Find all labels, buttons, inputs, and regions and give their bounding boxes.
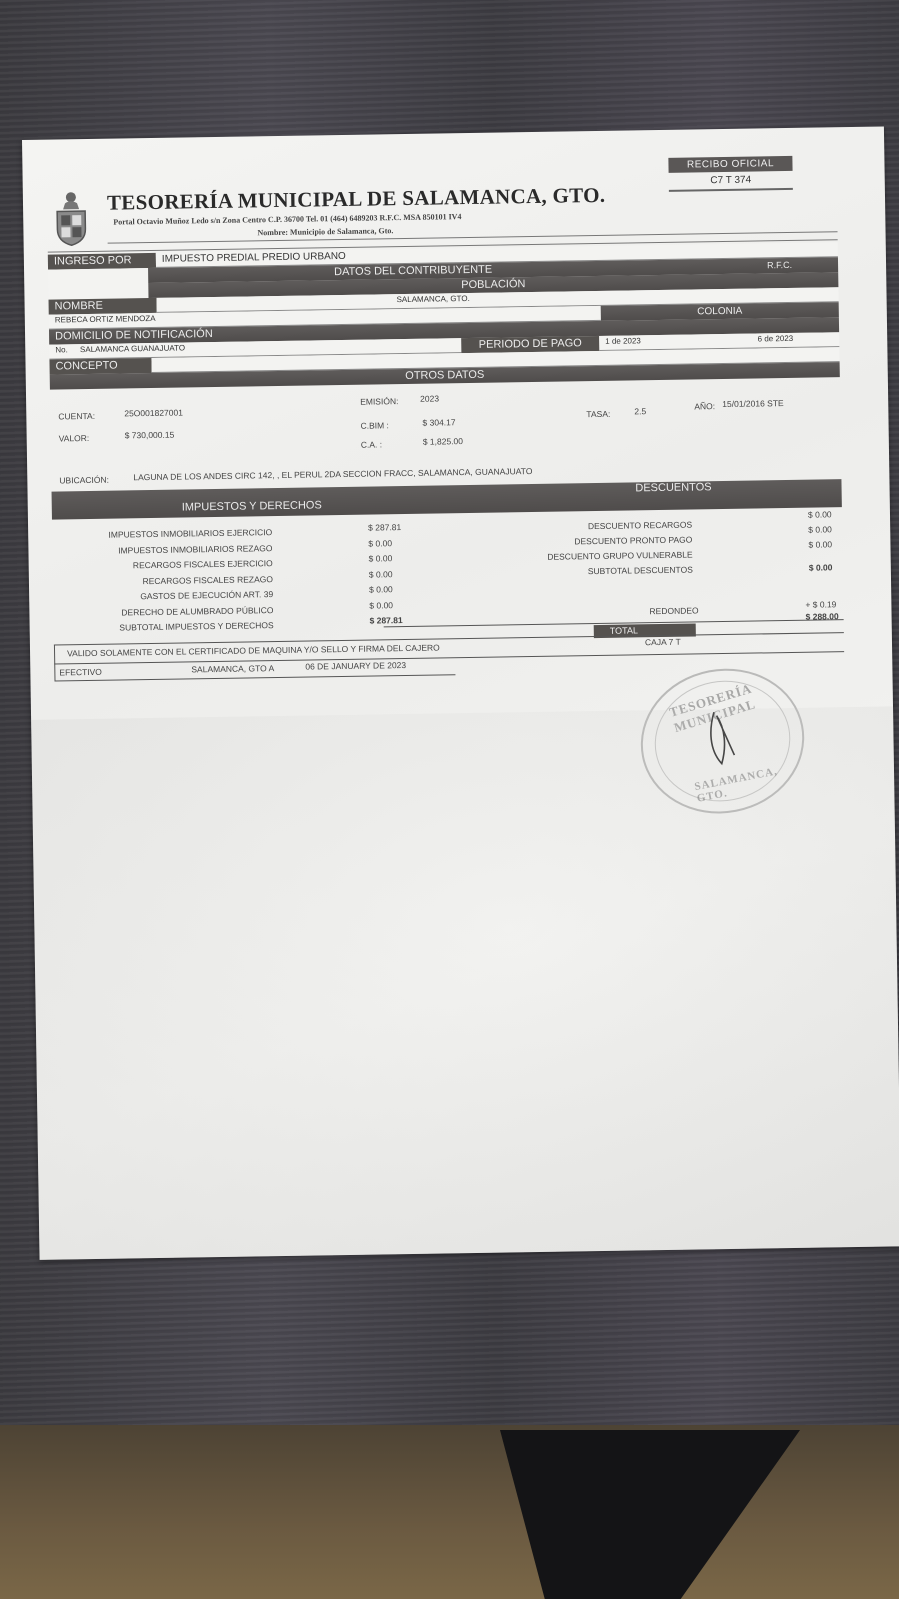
impuesto-amount: $ 0.00 bbox=[369, 569, 393, 579]
nombre-label: NOMBRE bbox=[49, 298, 157, 315]
descuento-label: SUBTOTAL DESCUENTOS bbox=[493, 565, 693, 578]
redondeo-label: REDONDEO bbox=[649, 605, 698, 616]
impuesto-amount: $ 287.81 bbox=[370, 615, 403, 626]
caja: CAJA 7 T bbox=[645, 637, 681, 648]
impuesto-amount: $ 0.00 bbox=[368, 538, 392, 548]
tasa-value: 2.5 bbox=[634, 406, 646, 416]
no-label: No. bbox=[55, 345, 68, 354]
ca-value: $ 1,825.00 bbox=[423, 436, 463, 447]
ca-label: C.A. : bbox=[361, 439, 382, 449]
receipt-date: 06 DE JANUARY DE 2023 bbox=[305, 660, 406, 672]
place-date-prefix: SALAMANCA, GTO A bbox=[191, 663, 274, 674]
descuento-label: DESCUENTO RECARGOS bbox=[492, 520, 692, 533]
cbim-label: C.BIM : bbox=[360, 420, 388, 430]
recibo-oficial-box: RECIBO OFICIAL C7 T 374 bbox=[668, 156, 793, 192]
valor-value: $ 730,000.15 bbox=[125, 430, 175, 441]
impuesto-label: IMPUESTOS INMOBILIARIOS REZAGO bbox=[52, 543, 272, 556]
descuento-amount: $ 0.00 bbox=[808, 524, 832, 534]
issuer-title: TESORERÍA MUNICIPAL DE SALAMANCA, GTO. bbox=[107, 183, 606, 216]
otros-datos-body: CUENTA: 25O001827001 EMISIÓN: 2023 TASA:… bbox=[50, 377, 841, 471]
payment-method: EFECTIVO bbox=[59, 667, 102, 678]
periodo-to: 6 de 2023 bbox=[758, 334, 794, 347]
domicilio-value: SALAMANCA GUANAJUATO bbox=[80, 343, 185, 354]
descuentos-header: DESCUENTOS bbox=[635, 481, 711, 495]
descuento-amount: $ 0.00 bbox=[809, 562, 833, 572]
descuento-label: DESCUENTO PRONTO PAGO bbox=[492, 535, 692, 548]
total-value: $ 288.00 bbox=[806, 611, 839, 622]
cbim-value: $ 304.17 bbox=[422, 417, 455, 428]
ubicacion-value: LAGUNA DE LOS ANDES CIRC 142, , EL PERUL… bbox=[133, 466, 532, 482]
impuesto-amount: $ 0.00 bbox=[369, 553, 393, 563]
redondeo-value: + $ 0.19 bbox=[805, 599, 836, 609]
impuesto-label: RECARGOS FISCALES REZAGO bbox=[53, 574, 273, 587]
receipt-header: TESORERÍA MUNICIPAL DE SALAMANCA, GTO. P… bbox=[46, 147, 837, 254]
impuesto-label: IMPUESTOS INMOBILIARIOS EJERCICIO bbox=[52, 527, 272, 540]
ingreso-por-label: INGRESO POR bbox=[48, 253, 156, 270]
impuesto-amount: $ 0.00 bbox=[369, 584, 393, 594]
receipt: TESORERÍA MUNICIPAL DE SALAMANCA, GTO. P… bbox=[46, 147, 844, 681]
rfc-label: R.F.C. bbox=[767, 259, 792, 272]
impuesto-amount: $ 287.81 bbox=[368, 522, 401, 533]
impuesto-label: GASTOS DE EJECUCIÓN ART. 39 bbox=[53, 589, 273, 602]
periodo-from: 1 de 2023 bbox=[605, 336, 641, 349]
impuestos-header: IMPUESTOS Y DERECHOS bbox=[182, 499, 322, 514]
amounts-body: IMPUESTOS INMOBILIARIOS EJERCICIO$ 287.8… bbox=[52, 507, 844, 644]
ubicacion-label: UBICACIÓN: bbox=[59, 475, 109, 486]
datos-contribuyente-label: DATOS DEL CONTRIBUYENTE bbox=[334, 264, 492, 279]
anio-value: 15/01/2016 STE bbox=[722, 398, 784, 409]
impuesto-amount: $ 0.00 bbox=[369, 600, 393, 610]
cuenta-value: 25O001827001 bbox=[124, 408, 183, 419]
descuento-label: DESCUENTO GRUPO VULNERABLE bbox=[493, 550, 693, 563]
impuesto-label: RECARGOS FISCALES EJERCICIO bbox=[53, 558, 273, 571]
municipal-coat-of-arms-icon bbox=[51, 189, 92, 248]
tasa-label: TASA: bbox=[586, 409, 610, 419]
descuento-amount: $ 0.00 bbox=[808, 509, 832, 519]
descuento-amount: $ 0.00 bbox=[808, 539, 832, 549]
impuesto-label: DERECHO DE ALUMBRADO PÚBLICO bbox=[53, 605, 273, 618]
cuenta-label: CUENTA: bbox=[58, 411, 95, 422]
recibo-number: C7 T 374 bbox=[669, 171, 793, 192]
issuer-name-line: Nombre: Municipio de Salamanca, Gto. bbox=[257, 226, 393, 237]
impuesto-label: SUBTOTAL IMPUESTOS Y DERECHOS bbox=[54, 620, 274, 633]
valor-label: VALOR: bbox=[59, 433, 90, 443]
validity-note: VALIDO SOLAMENTE CON EL CERTIFICADO DE M… bbox=[67, 643, 440, 659]
anio-label: AÑO: bbox=[694, 401, 715, 411]
emision-value: 2023 bbox=[420, 393, 439, 403]
concepto-label: CONCEPTO bbox=[49, 358, 151, 375]
receipt-paper: TESORERÍA MUNICIPAL DE SALAMANCA, GTO. P… bbox=[22, 126, 899, 1259]
emision-label: EMISIÓN: bbox=[360, 396, 398, 407]
